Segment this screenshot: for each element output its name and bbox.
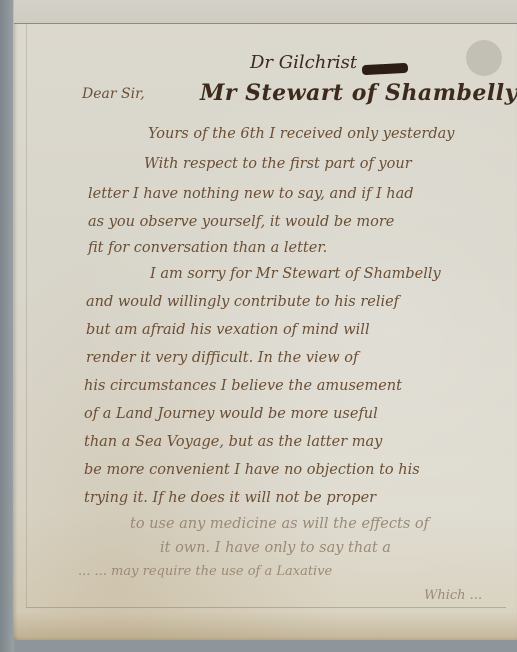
body-line: as you observe yourself, it would be mor… bbox=[88, 214, 394, 230]
left-fold-line bbox=[26, 23, 27, 607]
top-fold bbox=[14, 0, 517, 24]
body-line: letter I have nothing new to say, and if… bbox=[88, 186, 414, 202]
body-line: Which ... bbox=[424, 588, 482, 603]
body-line: than a Sea Voyage, but as the latter may bbox=[84, 434, 382, 450]
body-line: to use any medicine as will the effects … bbox=[130, 516, 429, 532]
letter-subject: Mr Stewart of Shambelly bbox=[200, 80, 517, 106]
body-line: fit for conversation than a letter. bbox=[88, 240, 327, 256]
body-line: his circumstances I believe the amusemen… bbox=[84, 378, 402, 394]
scan-background-strip bbox=[0, 0, 14, 652]
body-line: it own. I have only to say that a bbox=[160, 540, 391, 556]
recipient-note: Dr Gilchrist bbox=[250, 52, 357, 73]
body-line: be more convenient I have no objection t… bbox=[84, 462, 420, 478]
body-line: With respect to the first part of your bbox=[144, 156, 412, 172]
body-line: of a Land Journey would be more useful bbox=[84, 406, 378, 422]
body-line: render it very difficult. In the view of bbox=[86, 350, 358, 366]
body-line: and would willingly contribute to his re… bbox=[86, 294, 399, 310]
paper-stain bbox=[466, 40, 502, 76]
body-line: ... ... may require the use of a Laxativ… bbox=[78, 564, 332, 579]
body-line: Yours of the 6th I received only yesterd… bbox=[148, 126, 454, 142]
bottom-fold-line bbox=[26, 607, 506, 608]
body-line: trying it. If he does it will not be pro… bbox=[84, 490, 376, 506]
salutation: Dear Sir, bbox=[82, 86, 145, 102]
body-line: I am sorry for Mr Stewart of Shambelly bbox=[150, 266, 441, 282]
body-line: but am afraid his vexation of mind will bbox=[86, 322, 370, 338]
